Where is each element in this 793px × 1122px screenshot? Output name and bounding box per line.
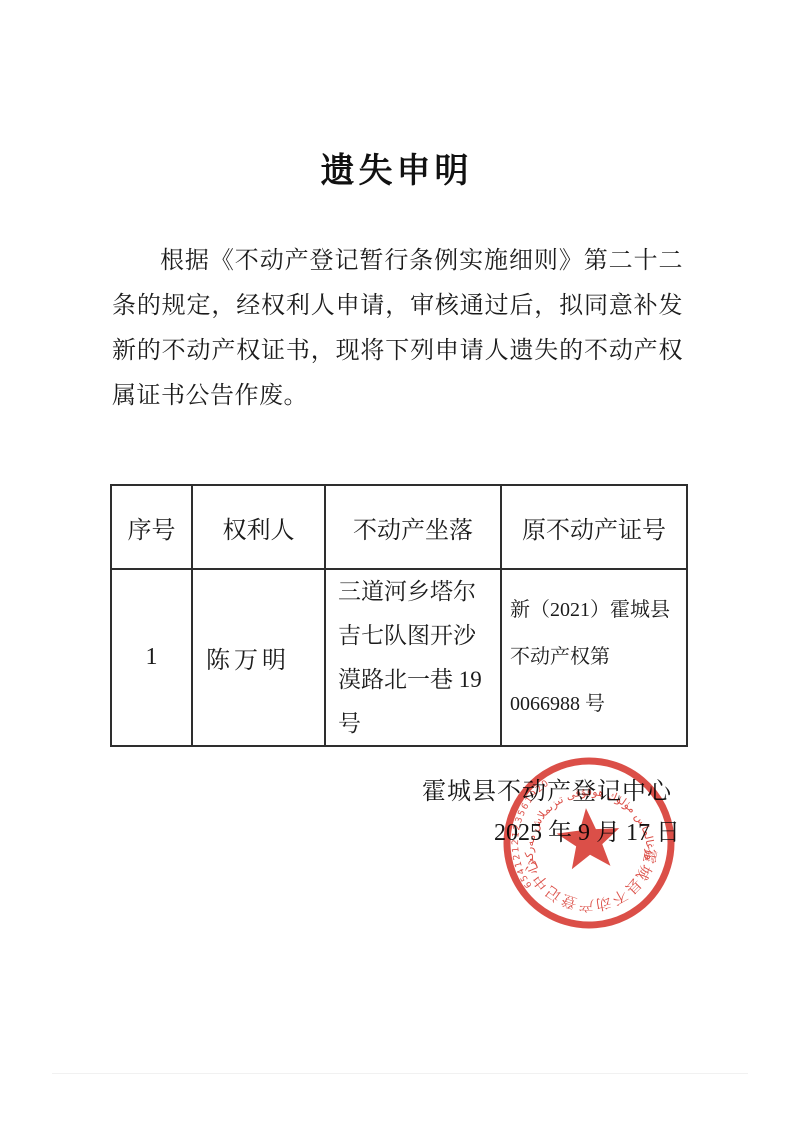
table-header-location: 不动产坐落: [326, 486, 502, 570]
table-cell-location: 三道河乡塔尔 吉七队图开沙 漠路北一巷 19 号: [326, 570, 502, 745]
table-header-cert-no: 原不动产证号: [502, 486, 686, 570]
page-bottom-divider: [52, 1073, 748, 1074]
document-page: 遗失申明 根据《不动产登记暂行条例实施细则》第二十二条的规定，经权利人申请，审核…: [0, 0, 793, 1122]
official-seal: قوزغالماس مۈلۈك ھوقۇقى تىزىملاش مەركىزى …: [491, 745, 686, 940]
table-header-index: 序号: [112, 486, 193, 570]
table-cell-holder: 陈万明: [193, 570, 326, 745]
table-cell-cert-no: 新（2021）霍城县 不动产权第 0066988 号: [502, 570, 686, 745]
star-icon: [555, 805, 623, 870]
body-paragraph: 根据《不动产登记暂行条例实施细则》第二十二条的规定，经权利人申请，审核通过后，拟…: [112, 239, 683, 419]
announcement-table: 序号 权利人 不动产坐落 原不动产证号 1 陈万明 三道河乡塔尔 吉七队图开沙 …: [110, 484, 688, 747]
table-cell-index: 1: [112, 570, 193, 745]
table-header-holder: 权利人: [193, 486, 326, 570]
page-title: 遗失申明: [0, 143, 793, 192]
